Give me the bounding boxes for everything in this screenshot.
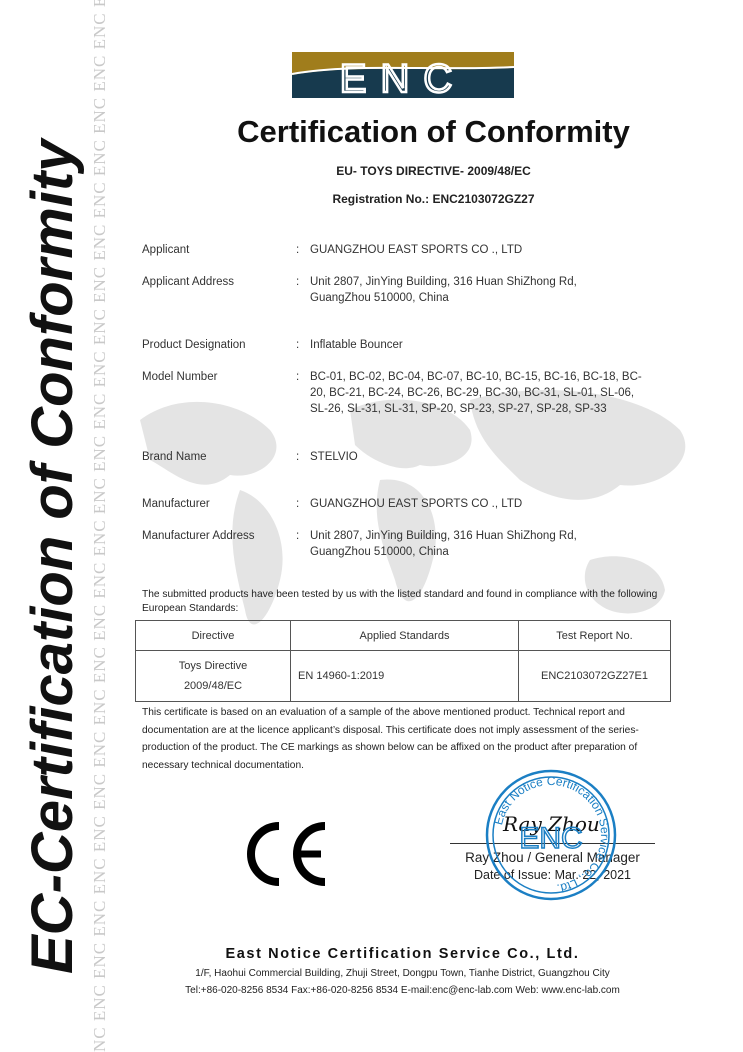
field-label: Model Number (142, 369, 292, 385)
field-colon: : (296, 369, 299, 385)
field-value: BC-01, BC-02, BC-04, BC-07, BC-10, BC-15… (310, 369, 655, 417)
registration-number: Registration No.: ENC2103072GZ27 (62, 192, 743, 206)
field-value-line2: GuangZhou 510000, China (310, 290, 680, 306)
column-header-report: Test Report No. (519, 621, 671, 651)
svg-text:ENC: ENC (340, 57, 466, 98)
table-row: Toys Directive 2009/48/EC EN 14960-1:201… (136, 651, 671, 702)
side-enc-watermark: NC ENC ENC ENC ENC ENC ENC ENC ENC ENC E… (88, 0, 112, 1052)
field-label: Applicant Address (142, 274, 292, 290)
field-colon: : (296, 528, 299, 544)
directive-line2: 2009/48/EC (137, 676, 289, 696)
column-header-standards: Applied Standards (291, 621, 519, 651)
field-value: GUANGZHOU EAST SPORTS CO ., LTD (310, 496, 680, 512)
table-header-row: Directive Applied Standards Test Report … (136, 621, 671, 651)
field-value-line2: GuangZhou 510000, China (310, 544, 680, 560)
column-header-directive: Directive (136, 621, 291, 651)
certificate-statement: This certificate is based on an evaluati… (142, 704, 672, 774)
directive-line1: Toys Directive (137, 656, 289, 676)
field-value: STELVIO (310, 449, 680, 465)
directive-subtitle: EU- TOYS DIRECTIVE- 2009/48/EC (62, 164, 743, 178)
field-colon: : (296, 337, 299, 353)
field-colon: : (296, 274, 299, 290)
standards-table: Directive Applied Standards Test Report … (135, 620, 671, 702)
field-label: Applicant (142, 242, 292, 258)
field-label: Manufacturer Address (142, 528, 292, 544)
field-value: GUANGZHOU EAST SPORTS CO ., LTD (310, 242, 680, 258)
field-value: Unit 2807, JinYing Building, 316 Huan Sh… (310, 528, 680, 544)
side-vertical-title: EC-Certification of Conformity (22, 0, 84, 1052)
footer-company-name: East Notice Certification Service Co., L… (62, 946, 743, 962)
field-colon: : (296, 496, 299, 512)
svg-text:ENC: ENC (519, 822, 582, 855)
cell-standard: EN 14960-1:2019 (291, 651, 519, 702)
field-label: Product Designation (142, 337, 292, 353)
field-value: Unit 2807, JinYing Building, 316 Huan Sh… (310, 274, 680, 290)
field-colon: : (296, 449, 299, 465)
field-colon: : (296, 242, 299, 258)
footer-address: 1/F, Haohui Commercial Building, Zhuji S… (62, 968, 743, 979)
company-stamp-icon: East Notice Certification Service Co., L… (484, 768, 618, 902)
field-label: Manufacturer (142, 496, 292, 512)
cell-directive: Toys Directive 2009/48/EC (136, 651, 291, 702)
compliance-statement: The submitted products have been tested … (142, 588, 672, 615)
field-value: Inflatable Bouncer (310, 337, 680, 353)
page-title: Certification of Conformity (62, 114, 743, 150)
footer-contact: Tel:+86-020-8256 8534 Fax:+86-020-8256 8… (62, 985, 743, 996)
cell-report: ENC2103072GZ27E1 (519, 651, 671, 702)
enc-logo: ENC (292, 52, 514, 98)
ce-mark-icon (243, 822, 327, 886)
field-label: Brand Name (142, 449, 292, 465)
